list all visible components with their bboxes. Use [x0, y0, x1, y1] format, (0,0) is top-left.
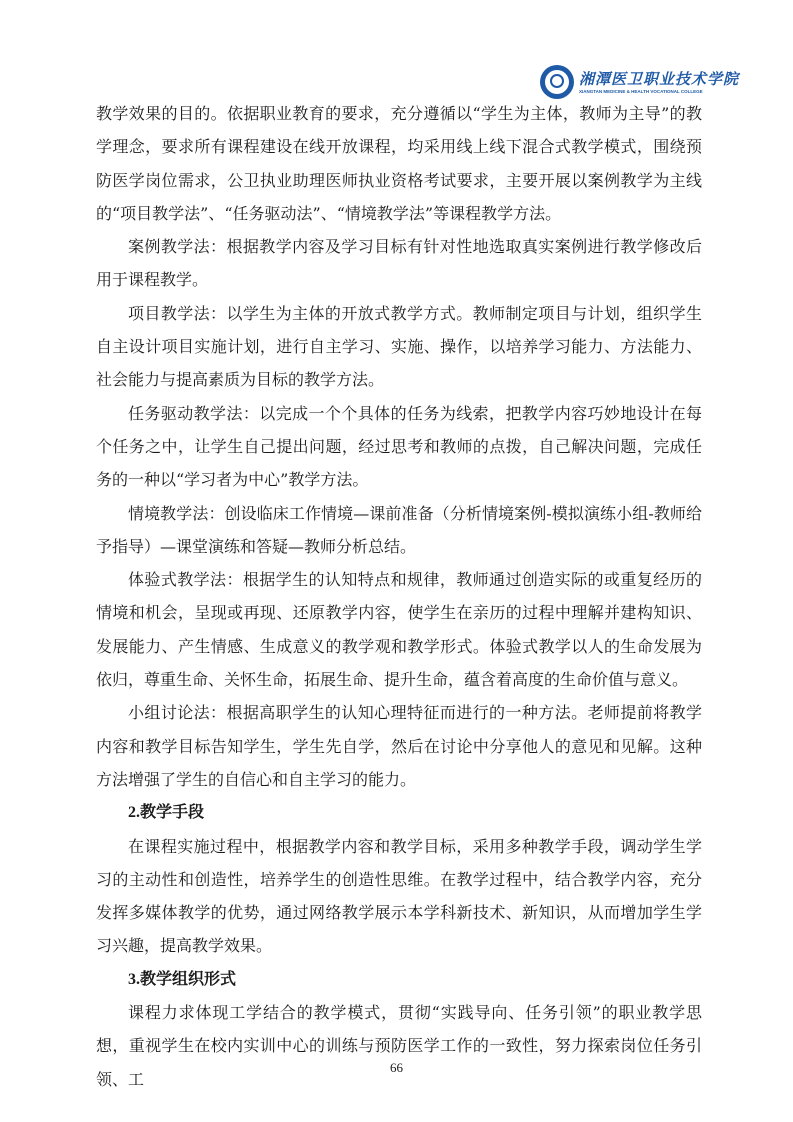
college-emblem-icon [540, 65, 574, 99]
paragraph-project-teaching: 项目教学法：以学生为主体的开放式教学方式。教师制定项目与计划，组织学生自主设计项… [96, 297, 702, 397]
paragraph-teaching-means: 在课程实施过程中，根据教学内容和教学目标，采用多种教学手段，调动学生学习的主动性… [96, 830, 702, 963]
paragraph-situational: 情境教学法：创设临床工作情境—课前准备（分析情境案例-模拟演练小组-教师给予指导… [96, 497, 702, 564]
college-name: 湘潭医卫职业技术学院 XIANGTAN MEDICINE & HEALTH VO… [579, 70, 739, 95]
section-heading-organization-form: 3.教学组织形式 [96, 963, 702, 996]
section-heading-teaching-means: 2.教学手段 [96, 796, 702, 829]
paragraph-group-discussion: 小组讨论法：根据高职学生的认知心理特征而进行的一种方法。老师提前将教学内容和教学… [96, 696, 702, 796]
document-body: 教学效果的目的。依据职业教育的要求，充分遵循以“学生为主体，教师为主导”的教学理… [96, 97, 702, 1096]
college-name-cn: 湘潭医卫职业技术学院 [579, 70, 739, 88]
paragraph-experiential: 体验式教学法：根据学生的认知特点和规律，教师通过创造实际的或重复经历的情境和机会… [96, 563, 702, 696]
page-number: 66 [0, 1060, 793, 1076]
paragraph-organization-form: 课程力求体现工学结合的教学模式，贯彻“实践导向、任务引领”的职业教学思想，重视学… [96, 996, 702, 1096]
paragraph-case-teaching: 案例教学法：根据教学内容及学习目标有针对性地选取真实案例进行教学修改后用于课程教… [96, 230, 702, 297]
college-logo: 湘潭医卫职业技术学院 XIANGTAN MEDICINE & HEALTH VO… [540, 64, 740, 100]
paragraph-continued: 教学效果的目的。依据职业教育的要求，充分遵循以“学生为主体，教师为主导”的教学理… [96, 97, 702, 230]
college-name-en: XIANGTAN MEDICINE & HEALTH VOCATIONAL CO… [579, 88, 739, 95]
paragraph-task-driven: 任务驱动教学法：以完成一个个具体的任务为线索，把教学内容巧妙地设计在每个任务之中… [96, 397, 702, 497]
